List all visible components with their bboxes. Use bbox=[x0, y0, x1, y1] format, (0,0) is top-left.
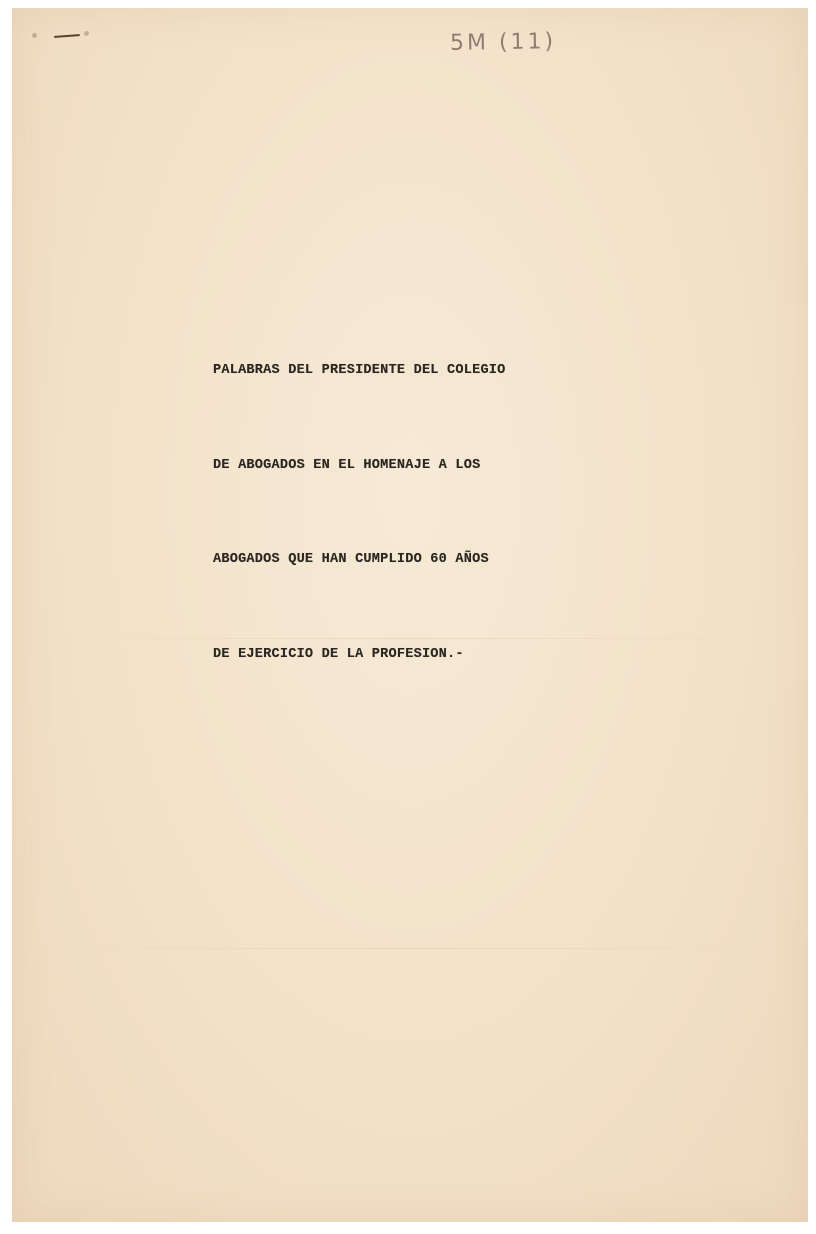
pin-hole-icon bbox=[32, 33, 37, 38]
typed-title-line: ABOGADOS QUE HAN CUMPLIDO 60 AÑOS bbox=[213, 544, 506, 576]
typed-title-line: PALABRAS DEL PRESIDENTE DEL COLEGIO bbox=[213, 355, 506, 387]
fold-line bbox=[12, 948, 808, 949]
handwritten-annotation: 5M (11) bbox=[450, 29, 557, 56]
typed-title-line: DE EJERCICIO DE LA PROFESION.- bbox=[213, 639, 506, 671]
staple-mark bbox=[32, 30, 92, 42]
pin-hole-icon bbox=[84, 31, 89, 36]
staple-mark-line bbox=[54, 34, 80, 38]
typed-title-line: DE ABOGADOS EN EL HOMENAJE A LOS bbox=[213, 450, 506, 482]
scanned-page: 5M (11) PALABRAS DEL PRESIDENTE DEL COLE… bbox=[12, 8, 808, 1222]
typed-title: PALABRAS DEL PRESIDENTE DEL COLEGIO DE A… bbox=[213, 292, 506, 733]
